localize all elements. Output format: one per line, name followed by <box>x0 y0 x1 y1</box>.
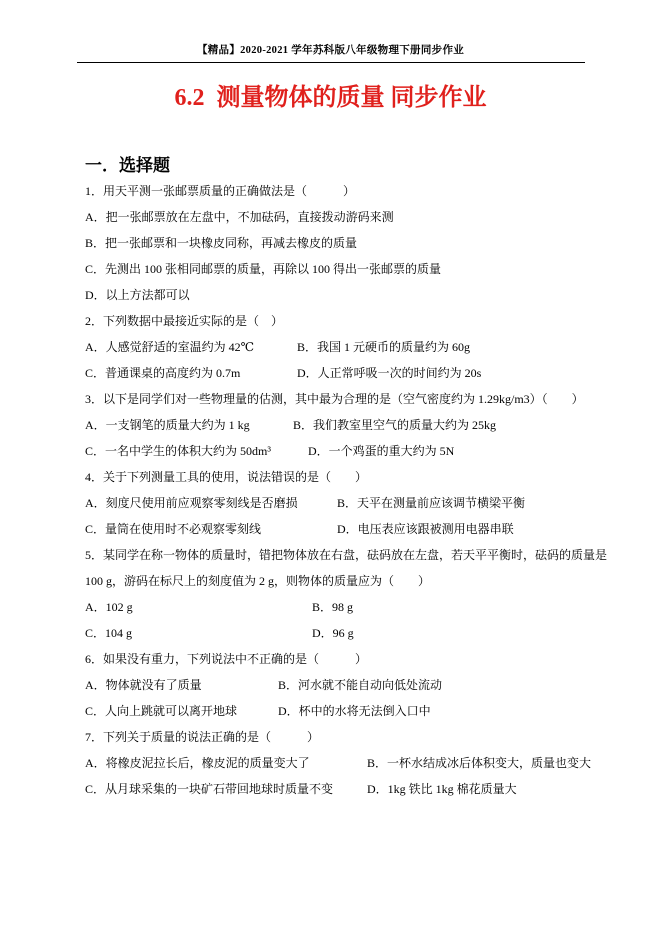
question-2: 2．下列数据中最接近实际的是（ ） A．人感觉舒适的室温约为 42℃ B．我国 … <box>85 308 621 386</box>
question-2-option-d: D．人正常呼吸一次的时间约为 20s <box>297 360 481 386</box>
question-7-option-b: B．一杯水结成冰后体积变大，质量也变大 <box>367 750 591 776</box>
question-6-option-row-2: C．人向上跳就可以离开地球 D．杯中的水将无法倒入口中 <box>85 698 621 724</box>
question-4-option-row-1: A．刻度尺使用前应观察零刻线是否磨损 B．天平在测量前应该调节横梁平衡 <box>85 490 621 516</box>
header-divider <box>77 62 585 63</box>
question-5-option-row-2: C．104 g D．96 g <box>85 620 621 646</box>
question-4-option-a: A．刻度尺使用前应观察零刻线是否磨损 <box>85 490 337 516</box>
question-2-option-a: A．人感觉舒适的室温约为 42℃ <box>85 334 297 360</box>
question-6-option-d: D．杯中的水将无法倒入口中 <box>278 698 431 724</box>
question-3-option-row-2: C．一名中学生的体积大约为 50dm³ D．一个鸡蛋的重大约为 5N <box>85 438 621 464</box>
question-6-option-a: A．物体就没有了质量 <box>85 672 278 698</box>
question-1: 1．用天平测一张邮票质量的正确做法是（ ） A．把一张邮票放在左盘中，不加砝码，… <box>85 178 621 308</box>
question-2-stem: 2．下列数据中最接近实际的是（ ） <box>85 308 621 334</box>
question-4-option-d: D．电压表应该跟被测用电器串联 <box>337 516 514 542</box>
question-3-stem: 3．以下是同学们对一些物理量的估测，其中最为合理的是（空气密度约为 1.29kg… <box>85 386 621 412</box>
worksheet-page: 【精品】2020-2021 学年苏科版八年级物理下册同步作业 6.2 测量物体的… <box>0 0 661 935</box>
question-7-option-row-2: C．从月球采集的一块矿石带回地球时质量不变 D．1kg 铁比 1kg 棉花质量大 <box>85 776 621 802</box>
question-7-option-c: C．从月球采集的一块矿石带回地球时质量不变 <box>85 776 367 802</box>
question-1-option-a: A．把一张邮票放在左盘中，不加砝码，直接拨动游码来测 <box>85 204 621 230</box>
question-5-option-b: B．98 g <box>312 594 353 620</box>
question-5-option-a: A．102 g <box>85 594 312 620</box>
question-1-stem: 1．用天平测一张邮票质量的正确做法是（ ） <box>85 178 621 204</box>
question-4-option-row-2: C．量筒在使用时不必观察零刻线 D．电压表应该跟被测用电器串联 <box>85 516 621 542</box>
question-2-option-b: B．我国 1 元硬币的质量约为 60g <box>297 334 470 360</box>
page-title: 6.2 测量物体的质量 同步作业 <box>0 83 661 113</box>
question-7-option-a: A．将橡皮泥拉长后，橡皮泥的质量变大了 <box>85 750 367 776</box>
question-3-option-c: C．一名中学生的体积大约为 50dm³ <box>85 438 308 464</box>
question-1-option-c: C．先测出 100 张相同邮票的质量，再除以 100 得出一张邮票的质量 <box>85 256 621 282</box>
document-header: 【精品】2020-2021 学年苏科版八年级物理下册同步作业 <box>0 0 661 58</box>
question-1-option-d: D．以上方法都可以 <box>85 282 621 308</box>
question-3-option-d: D．一个鸡蛋的重大约为 5N <box>308 438 454 464</box>
question-7: 7．下列关于质量的说法正确的是（ ） A．将橡皮泥拉长后，橡皮泥的质量变大了 B… <box>85 724 621 802</box>
question-3-option-a: A．一支钢笔的质量大约为 1 kg <box>85 412 293 438</box>
question-2-option-c: C．普通课桌的高度约为 0.7m <box>85 360 297 386</box>
question-list: 1．用天平测一张邮票质量的正确做法是（ ） A．把一张邮票放在左盘中，不加砝码，… <box>85 178 621 802</box>
question-1-option-b: B．把一张邮票和一块橡皮同称，再减去橡皮的质量 <box>85 230 621 256</box>
question-6-option-row-1: A．物体就没有了质量 B．河水就不能自动向低处流动 <box>85 672 621 698</box>
question-7-option-row-1: A．将橡皮泥拉长后，橡皮泥的质量变大了 B．一杯水结成冰后体积变大，质量也变大 <box>85 750 621 776</box>
section-heading: 一．选择题 <box>85 156 661 175</box>
question-7-option-d: D．1kg 铁比 1kg 棉花质量大 <box>367 776 517 802</box>
question-5-stem-line-2: 100 g，游码在标尺上的刻度值为 2 g，则物体的质量应为（ ） <box>85 568 621 594</box>
question-7-stem: 7．下列关于质量的说法正确的是（ ） <box>85 724 621 750</box>
question-4-option-c: C．量筒在使用时不必观察零刻线 <box>85 516 337 542</box>
question-3-option-b: B．我们教室里空气的质量大约为 25kg <box>293 412 496 438</box>
question-3: 3．以下是同学们对一些物理量的估测，其中最为合理的是（空气密度约为 1.29kg… <box>85 386 621 464</box>
question-6-option-c: C．人向上跳就可以离开地球 <box>85 698 278 724</box>
question-6: 6．如果没有重力，下列说法中不正确的是（ ） A．物体就没有了质量 B．河水就不… <box>85 646 621 724</box>
question-5: 5．某同学在称一物体的质量时，错把物体放在右盘，砝码放在左盘，若天平平衡时，砝码… <box>85 542 621 646</box>
question-2-option-row-1: A．人感觉舒适的室温约为 42℃ B．我国 1 元硬币的质量约为 60g <box>85 334 621 360</box>
question-5-option-row-1: A．102 g B．98 g <box>85 594 621 620</box>
question-5-option-d: D．96 g <box>312 620 354 646</box>
question-4-stem: 4．关于下列测量工具的使用，说法错误的是（ ） <box>85 464 621 490</box>
question-5-option-c: C．104 g <box>85 620 312 646</box>
question-2-option-row-2: C．普通课桌的高度约为 0.7m D．人正常呼吸一次的时间约为 20s <box>85 360 621 386</box>
question-5-stem-line-1: 5．某同学在称一物体的质量时，错把物体放在右盘，砝码放在左盘，若天平平衡时，砝码… <box>85 542 621 568</box>
question-4-option-b: B．天平在测量前应该调节横梁平衡 <box>337 490 525 516</box>
question-3-option-row-1: A．一支钢笔的质量大约为 1 kg B．我们教室里空气的质量大约为 25kg <box>85 412 621 438</box>
question-6-option-b: B．河水就不能自动向低处流动 <box>278 672 442 698</box>
question-6-stem: 6．如果没有重力，下列说法中不正确的是（ ） <box>85 646 621 672</box>
question-4: 4．关于下列测量工具的使用，说法错误的是（ ） A．刻度尺使用前应观察零刻线是否… <box>85 464 621 542</box>
